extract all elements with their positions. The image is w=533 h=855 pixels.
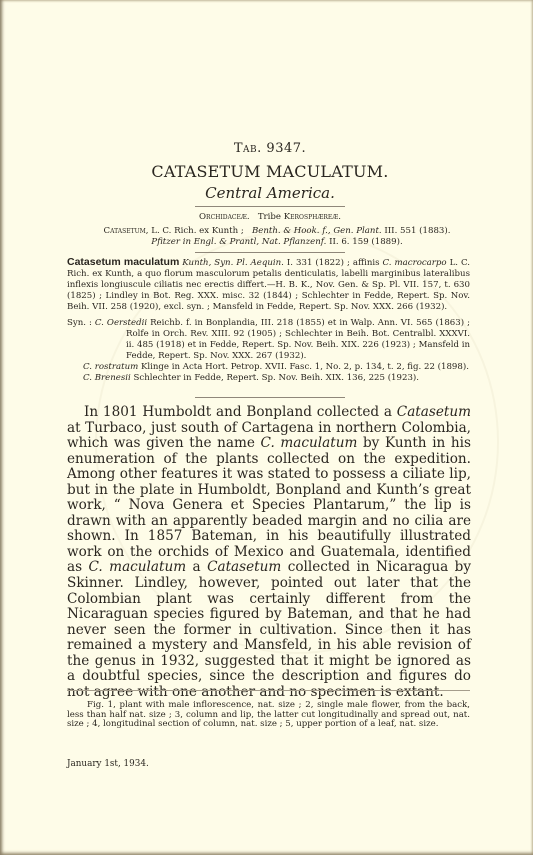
genus-ref1: Benth. & Hook. f., Gen. Plant.: [252, 226, 382, 236]
figure-caption: Fig. 1, plant with male inflorescence, n…: [67, 701, 470, 730]
synonym-name: C. Oerstedii: [95, 318, 147, 328]
body-text-run: a: [186, 559, 207, 575]
synonyms-label: Syn. :: [67, 318, 95, 328]
genus-ref2: Pfitzer in Engl. & Prantl, Nat. Pflanzen…: [151, 237, 326, 247]
body-paragraph: In 1801 Humboldt and Bonpland collected …: [67, 405, 471, 700]
plate-prefix: Tab.: [234, 141, 262, 156]
plate-number-value: 9347.: [266, 141, 306, 156]
species-entry: Catasetum maculatum Kunth, Syn. Pl. Aequ…: [67, 257, 470, 313]
synonym-item: C. rostratum Klinge in Acta Hort. Petrop…: [67, 362, 470, 373]
synonym-citation: Klinge in Acta Hort. Petrop. XVII. Fasc.…: [138, 362, 469, 372]
page-title: CATASETUM MACULATUM.: [0, 162, 533, 181]
caption-text: Fig. 1, plant with male inflorescence, n…: [67, 701, 470, 730]
caption-divider: [67, 690, 470, 691]
divider: [195, 397, 345, 398]
body-text-run: In 1801 Humboldt and Bonpland collected …: [84, 404, 397, 420]
body-text: In 1801 Humboldt and Bonpland collected …: [67, 405, 471, 700]
affinis-species: C. macrocarpo: [383, 258, 447, 268]
tribe-label: Tribe: [258, 212, 281, 222]
body-text-run: by Kunth in his enumeration of the plant…: [67, 435, 471, 575]
genus-italic: Catasetum: [397, 404, 471, 420]
synonym-citation: Reichb. f. in Bonplandia, III. 218 (1855…: [126, 318, 470, 361]
genus-citation: Catasetum, L. C. Rich. ex Kunth ; Benth.…: [67, 226, 487, 248]
plate-number: Tab. 9347.: [0, 141, 533, 156]
synonym-citation: Schlechter in Fedde, Repert. Sp. Nov. Be…: [131, 373, 419, 383]
publication-date: January 1st, 1934.: [67, 759, 149, 769]
genus-ref1-cite: III. 551 (1883).: [382, 226, 451, 236]
species-name: Catasetum maculatum: [67, 256, 179, 268]
synonyms: Syn. : C. Oerstedii Reichb. f. in Bonpla…: [67, 318, 470, 384]
synonym-name: C. Brenesii: [83, 373, 131, 383]
genus-ref2-cite: II. 6. 159 (1889).: [326, 237, 402, 247]
tribe-name: Kerosphæreæ.: [284, 212, 341, 222]
genus-authority: , L. C. Rich. ex Kunth ;: [146, 226, 244, 236]
divider: [195, 252, 345, 253]
synonym-name: C. rostratum: [83, 362, 138, 372]
synonym-item: Syn. : C. Oerstedii Reichb. f. in Bonpla…: [67, 318, 470, 362]
genus-name: Catasetum: [104, 226, 146, 236]
divider: [195, 206, 345, 207]
body-text-run: collected in Nicaragua by Skinner. Lindl…: [67, 559, 471, 699]
species-italic: C. maculatum: [89, 559, 187, 575]
species-italic: C. maculatum: [261, 435, 358, 451]
classification-family: Orchidaceæ. Tribe Kerosphæreæ.: [0, 212, 533, 223]
species-ref: Kunth, Syn. Pl. Aequin.: [182, 258, 284, 268]
family-name: Orchidaceæ.: [199, 212, 250, 222]
synonym-item: C. Brenesii Schlechter in Fedde, Repert.…: [67, 373, 470, 384]
genus-italic: Catasetum: [207, 559, 281, 575]
region: Central America.: [0, 184, 533, 202]
page: Tab. 9347. CATASETUM MACULATUM. Central …: [0, 0, 533, 855]
species-text: I. 331 (1822) ; affinis: [284, 258, 383, 268]
